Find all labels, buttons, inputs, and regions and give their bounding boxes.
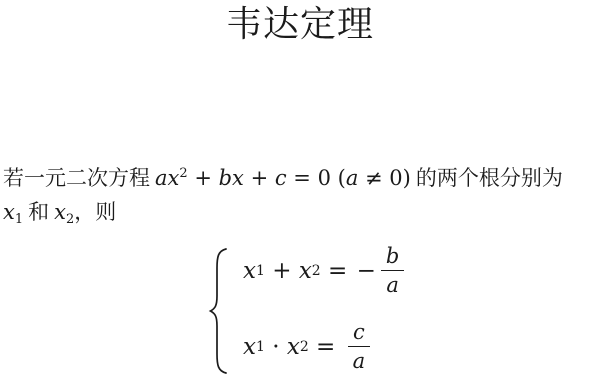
eq1-fraction-denominator: a (381, 270, 404, 296)
intro-cjk-and: 和 (28, 200, 49, 224)
eq1-fraction: b a (381, 246, 404, 296)
math-x2: x (54, 200, 66, 224)
eq2-fraction-numerator: c (348, 322, 370, 346)
eq2-equals-sign: = (309, 336, 343, 359)
intro-cjk-then: ，则 (74, 200, 116, 224)
eq1-fraction-numerator: b (381, 246, 404, 270)
eq1-x2: x (299, 260, 312, 283)
eq1-x1: x (243, 260, 256, 283)
equation-product: x1 · x2 = c a (243, 322, 404, 372)
eq2-fraction: c a (348, 322, 371, 372)
equations-column: x1 + x2 = − b a x1 · x2 = c a (243, 246, 404, 376)
math-term-bx: bx (219, 166, 244, 190)
eq1-x1-subscript: 1 (256, 264, 265, 278)
page-title: 韦达定理 (0, 2, 600, 46)
eq2-x1: x (243, 336, 256, 359)
eq1-plus-operator: + (265, 260, 299, 283)
equation-sum: x1 + x2 = − b a (243, 246, 404, 296)
eq2-dot-operator: · (265, 336, 287, 359)
math-plus-2: + (244, 166, 275, 190)
math-term-a: a (346, 166, 359, 190)
intro-cjk-prefix: 若一元二次方程 (3, 166, 150, 190)
intro-paragraph: 若一元二次方程ax2 + bx + c = 0 (a ≠ 0)的两个根分别为 x… (3, 157, 599, 237)
math-x2-subscript: 2 (66, 212, 74, 227)
eq2-fraction-denominator: a (348, 346, 371, 372)
intro-cjk-suffix: 的两个根分别为 (416, 166, 563, 190)
math-term-c: c (275, 166, 287, 190)
math-x1-subscript: 1 (15, 212, 23, 227)
math-exponent-2: 2 (179, 166, 187, 181)
equation-system: x1 + x2 = − b a x1 · x2 = c a (208, 246, 404, 376)
left-curly-brace-icon (208, 246, 230, 376)
eq2-x2: x (287, 336, 300, 359)
eq2-x2-subscript: 2 (300, 340, 309, 354)
eq1-x2-subscript: 2 (312, 264, 321, 278)
math-neq-zero: ≠ 0) (358, 166, 411, 190)
document-page: 韦达定理 若一元二次方程ax2 + bx + c = 0 (a ≠ 0)的两个根… (0, 0, 600, 378)
eq1-minus-sign: − (357, 260, 376, 283)
math-x1: x (3, 200, 15, 224)
eq2-x1-subscript: 1 (256, 340, 265, 354)
eq1-equals-sign: = (321, 260, 355, 283)
math-term-ax: ax (155, 166, 179, 190)
math-equals-zero-paren: = 0 ( (287, 166, 346, 190)
math-plus-1: + (188, 166, 219, 190)
